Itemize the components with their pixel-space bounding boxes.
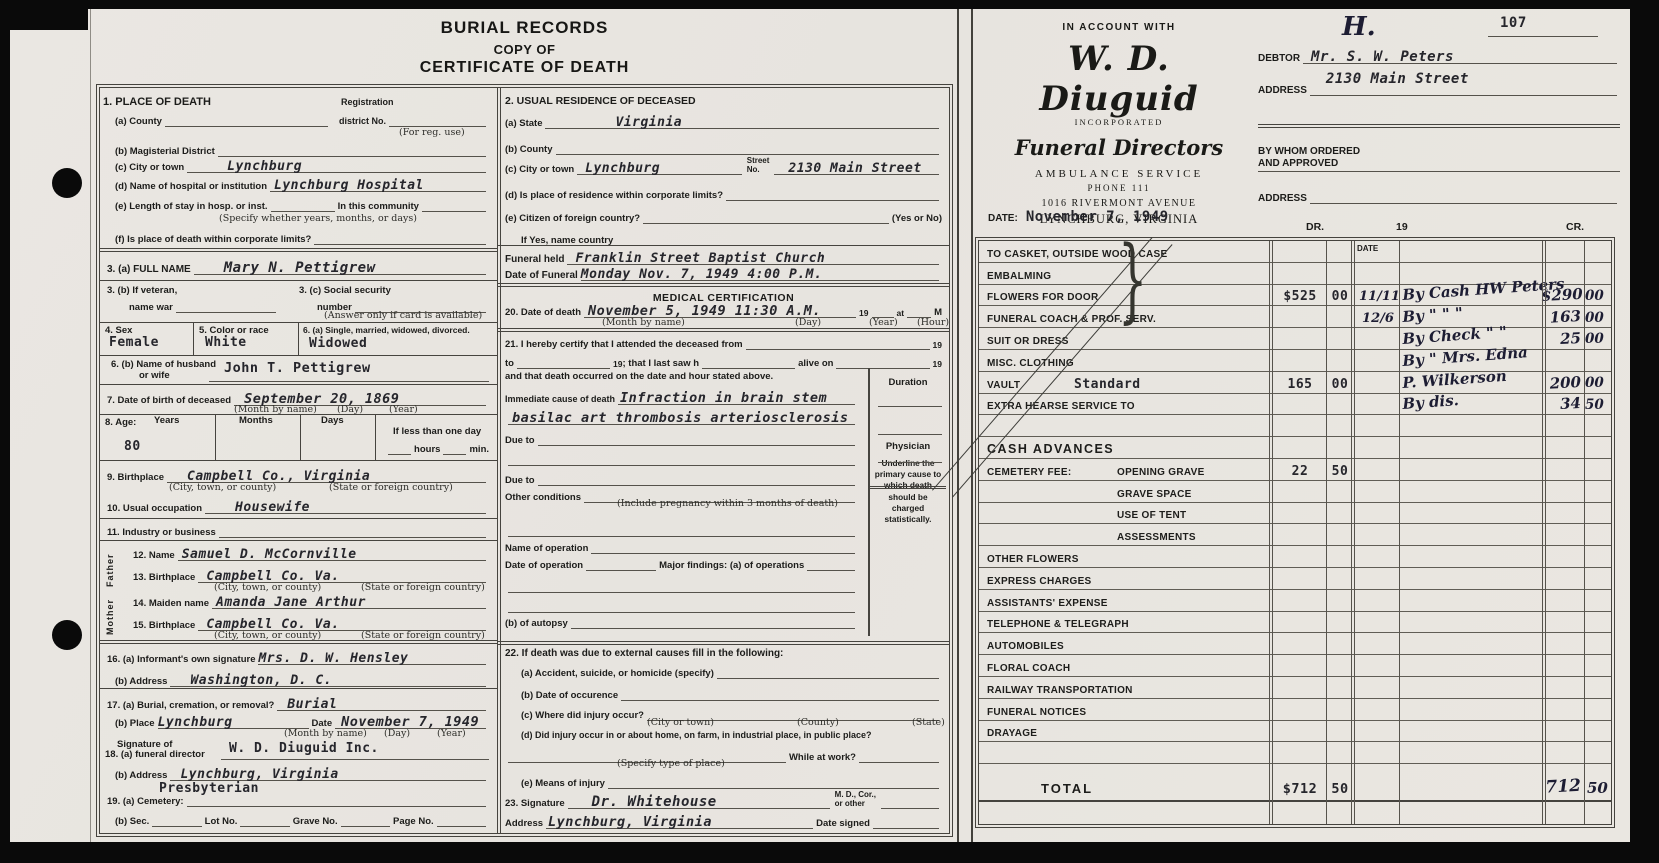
spouse-label-2: or wife — [139, 371, 170, 381]
month-note: (Month by name) — [602, 318, 685, 328]
total-credit-cents: 50 — [1587, 781, 1608, 796]
total-debit-cents: 50 — [1329, 783, 1351, 797]
credit-dollars — [1541, 368, 1581, 370]
date-value: November 7, 1949 — [1026, 210, 1169, 224]
cell-divider — [298, 322, 299, 355]
registration-label: Registration — [341, 98, 394, 108]
ledger-row: TO CASKET, OUTSIDE WOOD CASE — [979, 241, 1611, 263]
street-value: 2130 Main Street — [774, 162, 921, 175]
physician-address-field: Address Lynchburg, Virginia Date signed — [505, 811, 942, 829]
name-war-label: name war — [129, 303, 173, 313]
cell-divider — [193, 322, 194, 355]
section-rule — [497, 283, 950, 287]
debit-dollars: 22 — [1275, 465, 1325, 478]
blank-line — [878, 406, 942, 407]
full-name-field: 3. (a) FULL NAME Mary N. Pettigrew — [107, 254, 489, 275]
city-county-note: (City, town, or county) — [169, 483, 276, 493]
ledger-rows: TO CASKET, OUTSIDE WOOD CASE EMBALMING F… — [979, 241, 1611, 764]
section-rule — [1258, 124, 1620, 128]
credit-dollars — [1541, 499, 1581, 501]
section-rule — [99, 355, 497, 356]
burial-place-value: Lynchburg — [158, 716, 233, 729]
county-field: (b) County — [505, 140, 942, 155]
blank-line: Mrs. D. W. Hensley — [258, 652, 486, 665]
credit-dollars — [1541, 520, 1581, 522]
age-months-header: Months — [239, 416, 273, 426]
due-to-label: Due to — [505, 436, 535, 446]
cemetery-label: 19. (a) Cemetery: — [107, 797, 184, 807]
credit-dollars: 25 — [1541, 331, 1582, 348]
informant-address-field: (b) Address Washington, D. C. — [115, 670, 489, 687]
credit-dollars — [1541, 673, 1581, 675]
attended-from-label: 21. I hereby certify that I attended the… — [505, 340, 743, 350]
length-of-stay-label: (e) Length of stay in hosp. or inst. — [115, 202, 268, 212]
page-edge-line — [90, 9, 91, 842]
district-no-field: district No. — [339, 112, 489, 127]
debit-cents: 00 — [1329, 290, 1351, 303]
ledger-item-label: EXPRESS CHARGES — [987, 576, 1092, 587]
blank-line — [508, 612, 855, 613]
blank-line — [209, 381, 489, 382]
cr-column-header: CR. — [1566, 222, 1584, 234]
blank-line: November 5, 1949 11:30 A.M. — [584, 305, 856, 319]
title-line2: COPY OF — [99, 42, 950, 57]
cents-divider — [1326, 241, 1327, 824]
ledger-item-sublabel: USE OF TENT — [1117, 510, 1186, 521]
section1-heading: 1. PLACE OF DEATH — [103, 96, 211, 108]
payment-date: 11/11 — [1359, 290, 1397, 303]
column-divider — [1351, 241, 1355, 824]
blank-rule-row — [505, 451, 858, 466]
payment-date: 12/6 — [1359, 312, 1397, 325]
full-name-label: 3. (a) FULL NAME — [107, 264, 191, 275]
credit-dollars — [1541, 564, 1581, 566]
page-divider-line — [971, 9, 973, 842]
occurrence-date-field: (b) Date of occurence — [521, 686, 942, 701]
blank-line: Dr. Whitehouse — [568, 795, 830, 809]
ledger-row: FLORAL COACH — [979, 655, 1611, 677]
operation-name-label: Name of operation — [505, 544, 588, 554]
while-at-work-label: While at work? — [789, 753, 856, 763]
debtor-label: DEBTOR — [1258, 53, 1300, 64]
lot-no-label: Lot No. — [205, 817, 238, 827]
cause-of-death-value-2: basilac art thrombosis arteriosclerosis — [508, 412, 848, 426]
blank-rule-row — [505, 578, 858, 593]
ledger-item-label: MISC. CLOTHING — [987, 358, 1074, 369]
blank-line: Lynchburg — [577, 162, 742, 175]
signature-label: 23. Signature — [505, 799, 565, 809]
ledger-item-sublabel: GRAVE SPACE — [1117, 489, 1192, 500]
blank-line — [240, 826, 289, 827]
date-label: DATE: — [988, 213, 1018, 224]
burial-place-date-field: (b) Place Lynchburg Date November 7, 194… — [115, 712, 489, 729]
year-note: (Year) — [869, 318, 898, 328]
cause-of-death-value-1: Infraction in brain stem — [618, 392, 827, 406]
grave-no-label: Grave No. — [293, 817, 338, 827]
blank-line — [341, 826, 390, 827]
cell-divider — [375, 414, 376, 460]
blank-line — [443, 454, 466, 455]
credit-dollars — [1541, 629, 1581, 631]
funeral-directors-label: Funeral Directors — [985, 135, 1253, 160]
marital-label: 6. (a) Single, married, widowed, divorce… — [303, 326, 470, 335]
occupation-value: Housewife — [205, 501, 310, 514]
city-street-field: (c) City or town Lynchburg Street No. 21… — [505, 156, 942, 175]
cell-divider — [215, 414, 216, 460]
blank-line — [314, 244, 486, 245]
mother-label: Mother — [105, 593, 115, 635]
film-edge-right — [1630, 0, 1659, 863]
city-or-town-value: Lynchburg — [187, 160, 302, 173]
age-value: 80 — [124, 440, 141, 453]
state-field: (a) State Virginia — [505, 112, 942, 129]
credit-dollars — [1541, 455, 1581, 457]
operation-date-label: Date of operation — [505, 561, 583, 571]
ledger-page-number: 107 — [1500, 16, 1527, 30]
autopsy-label: (b) of autopsy — [505, 619, 568, 629]
ledger-row: CEMETERY FEE: OPENING GRAVE 22 50 — [979, 459, 1611, 481]
blank-line — [859, 762, 939, 763]
sex-value: Female — [109, 336, 159, 349]
blank-line: Virginia — [545, 116, 939, 129]
foreign-citizen-field: (e) Citizen of foreign country? (Yes or … — [505, 209, 942, 224]
grouping-brace: } — [1118, 234, 1147, 326]
blank-line — [508, 536, 855, 537]
credit-dollars — [1541, 608, 1581, 610]
informant-label: 16. (a) Informant's own signature — [107, 655, 255, 665]
name-war-field: name war — [129, 298, 279, 313]
funeral-director-value: W. D. Diuguid Inc. — [229, 742, 379, 755]
section2-heading: 2. USUAL RESIDENCE OF DECEASED — [505, 96, 696, 108]
mother-name-field: 14. Maiden name Amanda Jane Arthur — [133, 592, 489, 609]
section-rule — [497, 245, 950, 246]
father-name-value: Samuel D. McCornville — [178, 548, 357, 561]
blank-line — [538, 485, 855, 486]
ledger-item-label: EMBALMING — [987, 271, 1051, 282]
payment-description: By " " " — [1402, 306, 1463, 325]
specify-years-note: (Specify whether years, months, or days) — [219, 214, 417, 224]
blank-line — [556, 154, 940, 155]
pregnancy-note: (Include pregnancy within 3 months of de… — [617, 499, 838, 509]
blank-line — [165, 126, 328, 127]
less-than-day-label: If less than one day — [393, 427, 481, 437]
title-line3: CERTIFICATE OF DEATH — [99, 59, 950, 77]
section-rule — [497, 328, 950, 332]
mother-birthplace-field: 15. Birthplace Campbell Co. Va. — [133, 614, 489, 631]
year-column-header: 19 — [1396, 222, 1408, 234]
section-rule — [99, 248, 497, 252]
burial-place-label: (b) Place — [115, 719, 155, 729]
funeral-held-field: Funeral held Franklin Street Baptist Chu… — [505, 248, 942, 265]
informant-value: Mrs. D. W. Hensley — [258, 652, 408, 665]
ordered-address-field: ADDRESS — [1258, 190, 1620, 204]
ledger-row: RAILWAY TRANSPORTATION — [979, 677, 1611, 699]
section-rule — [497, 641, 950, 645]
age-days-header: Days — [321, 416, 344, 426]
county-note: (County) — [797, 718, 839, 728]
blank-line: Infraction in brain stem — [618, 392, 855, 406]
payment-description: P. Wilkerson — [1402, 368, 1507, 390]
name-country-field: If Yes, name country — [521, 231, 942, 246]
funeral-date-value: Monday Nov. 7, 1949 4:00 P.M. — [581, 268, 822, 281]
credit-dollars — [1541, 586, 1581, 588]
ordered-by-label-1: BY WHOM ORDERED — [1258, 146, 1360, 157]
credit-cents: 00 — [1585, 377, 1611, 391]
handwritten-mark: H. — [1342, 14, 1376, 40]
film-edge-top — [0, 0, 1659, 9]
in-account-with-label: IN ACCOUNT WITH — [985, 22, 1253, 33]
sec-label: (b) Sec. — [115, 817, 149, 827]
occurrence-date-label: (b) Date of occurence — [521, 691, 618, 701]
corporate-limits-field: (f) Is place of death within corporate l… — [115, 230, 489, 245]
street-address: 1016 RIVERMONT AVENUE — [985, 198, 1253, 209]
occupation-field: 10. Usual occupation Housewife — [107, 497, 489, 514]
duration-physician-sidebar: Duration Physician Underline the primary… — [868, 368, 946, 636]
to-label: to — [505, 359, 514, 369]
credit-dollars — [1541, 433, 1581, 435]
ledger-row: CASH ADVANCES — [979, 437, 1611, 459]
cents-divider — [1584, 241, 1585, 824]
hours-label: hours — [414, 445, 440, 455]
ledger-item-label: AUTOMOBILES — [987, 641, 1064, 652]
ss-card-note: (Answer only if card is available) — [324, 311, 482, 321]
magisterial-district-field: (b) Magisterial District — [115, 142, 489, 157]
blank-line: Washington, D. C. — [170, 674, 486, 687]
film-edge-left — [0, 0, 10, 863]
full-name-value: Mary N. Pettigrew — [194, 261, 376, 275]
blank-line — [508, 592, 855, 593]
birthplace-label: 9. Birthplace — [107, 473, 164, 483]
ambulance-service-label: AMBULANCE SERVICE — [985, 168, 1253, 180]
credit-dollars: 163 — [1541, 309, 1582, 326]
total-label: TOTAL — [1041, 782, 1093, 796]
blank-line: November 7, 1949 — [335, 716, 486, 730]
city-label: (c) City or town — [505, 165, 574, 175]
funeral-director-label-2: 18. (a) funeral director — [105, 750, 205, 760]
ledger-item-label: FLOWERS FOR DOOR — [987, 292, 1098, 303]
ledger-item-label: RAILWAY TRANSPORTATION — [987, 685, 1133, 696]
section-rule — [99, 688, 497, 689]
informant-address-label: (b) Address — [115, 677, 167, 687]
industry-label: 11. Industry or business — [107, 528, 216, 538]
certificate-middle-column: 2. USUAL RESIDENCE OF DECEASED (a) State… — [497, 90, 950, 834]
blank-line — [878, 434, 942, 435]
year-19-label: 19 — [933, 341, 942, 350]
ledger-item-label: VAULT — [987, 380, 1020, 391]
burial-type-label: 17. (a) Burial, cremation, or removal? — [107, 701, 274, 711]
blank-line: Amanda Jane Arthur — [212, 596, 486, 609]
ledger-row: MISC. CLOTHING By " Mrs. Edna — [979, 350, 1611, 372]
hospital-label: (d) Name of hospital or institution — [115, 182, 267, 192]
social-security-label: 3. (c) Social security — [299, 286, 391, 296]
address-label: ADDRESS — [1258, 193, 1307, 204]
city-value: Lynchburg — [577, 162, 660, 175]
blank-line — [586, 570, 656, 571]
operation-name-field: Name of operation — [505, 539, 858, 554]
column-divider — [1399, 241, 1400, 824]
blank-line — [1258, 171, 1620, 172]
state-note: (State) — [912, 718, 945, 728]
race-value: White — [205, 336, 247, 349]
district-no-label: district No. — [339, 117, 386, 127]
hospital-value: Lynchburg Hospital — [270, 179, 424, 192]
year-note: (Year) — [437, 729, 466, 739]
blank-line — [271, 211, 335, 212]
blank-line — [422, 211, 486, 212]
length-of-stay-field: (e) Length of stay in hosp. or inst. In … — [115, 197, 489, 212]
blank-line — [746, 349, 930, 350]
age-years-header: Years — [154, 416, 179, 426]
blank-line — [152, 826, 201, 827]
blank-line — [591, 553, 855, 554]
blank-line: Mr. S. W. Peters — [1303, 50, 1617, 64]
incorporated-label: INCORPORATED — [985, 117, 1253, 127]
blank-line: Burial — [277, 698, 486, 711]
mother-birthplace-label: 15. Birthplace — [133, 621, 195, 631]
debtor-address-field: ADDRESS 2130 Main Street — [1258, 68, 1620, 96]
state-value: Virginia — [545, 116, 682, 129]
section-rule — [99, 384, 497, 385]
corporate-limits-label: (f) Is place of death within corporate l… — [115, 235, 311, 245]
blank-line: Lynchburg, Virginia — [170, 768, 486, 781]
attended-from-field: 21. I hereby certify that I attended the… — [505, 335, 942, 350]
day-note: (Day) — [384, 729, 410, 739]
physician-instruction: Underline the primary cause to which dea… — [870, 454, 946, 525]
blank-line — [881, 808, 939, 809]
ledger-row: EXPRESS CHARGES — [979, 568, 1611, 590]
industry-field: 11. Industry or business — [107, 523, 489, 538]
operation-date-field: Date of operation Major findings: (a) of… — [505, 556, 858, 571]
cell-divider — [300, 414, 301, 460]
blank-line — [388, 454, 411, 455]
letterhead: IN ACCOUNT WITH W. D. Diuguid INCORPORAT… — [985, 22, 1253, 227]
street-no-label: Street No. — [747, 157, 770, 175]
mother-name-value: Amanda Jane Arthur — [212, 596, 366, 609]
blank-line — [219, 537, 486, 538]
credit-dollars — [1541, 738, 1581, 740]
section-rule — [99, 460, 497, 461]
scanned-burial-record: { "certificate": { "title1": "BURIAL REC… — [0, 0, 1659, 863]
credit-dollars — [1541, 716, 1581, 718]
age-label: 8. Age: — [105, 418, 136, 428]
debtor-value: Mr. S. W. Peters — [1303, 50, 1454, 64]
ledger-row: EXTRA HEARSE SERVICE TO By dis. 34 50 — [979, 394, 1611, 416]
blank-line: Housewife — [205, 501, 486, 514]
certificate-title: BURIAL RECORDS COPY OF CERTIFICATE OF DE… — [99, 18, 950, 77]
director-address-field: (b) Address Lynchburg, Virginia — [115, 764, 489, 781]
injury-location-field: (c) Where did injury occur? — [521, 706, 942, 721]
father-birthplace-label: 13. Birthplace — [133, 573, 195, 583]
blank-rule-row — [505, 522, 858, 537]
cemetery-field: 19. (a) Cemetery: — [107, 792, 489, 807]
ledger-item-label: FUNERAL NOTICES — [987, 707, 1086, 718]
county-label: (a) County — [115, 117, 162, 127]
hole-punch — [52, 168, 82, 198]
blank-line: Samuel D. McCornville — [178, 548, 486, 561]
accident-field: (a) Accident, suicide, or homicide (spec… — [521, 664, 942, 679]
credit-dollars — [1541, 542, 1581, 544]
foreign-citizen-label: (e) Citizen of foreign country? — [505, 214, 640, 224]
blank-line: Lynchburg, Virginia — [546, 816, 813, 830]
hospital-field: (d) Name of hospital or institution Lync… — [115, 175, 489, 192]
informant-address-value: Washington, D. C. — [170, 674, 332, 687]
occupation-label: 10. Usual occupation — [107, 504, 202, 514]
ledger-row: VAULT Standard 165 00 P. Wilkerson 200 0… — [979, 372, 1611, 394]
blank-line — [1310, 203, 1617, 204]
credit-dollars: 200 — [1541, 375, 1582, 392]
section-rule — [99, 280, 497, 281]
death-date-field: 20. Date of death November 5, 1949 11:30… — [505, 299, 942, 318]
ledger-item-sublabel: ASSESSMENTS — [1117, 532, 1196, 543]
blank-line — [702, 368, 795, 369]
page-divider-line — [957, 9, 959, 842]
blank-line — [538, 445, 855, 446]
ordered-by-label-2: AND APPROVED — [1258, 158, 1338, 169]
ledger-row: ASSISTANTS' EXPENSE — [979, 590, 1611, 612]
injury-place-label: (d) Did injury occur in or about home, o… — [521, 731, 872, 741]
duration-label: Duration — [888, 377, 927, 388]
total-debit-dollars: $712 — [1275, 783, 1325, 797]
mother-name-label: 14. Maiden name — [133, 599, 209, 609]
year-19-label: 19 — [859, 309, 868, 318]
company-name: W. D. Diuguid — [985, 39, 1253, 119]
autopsy-field: (b) of autopsy — [505, 614, 858, 629]
film-corner-block — [0, 0, 88, 30]
statement-date: DATE: November 7, 1949 — [988, 210, 1169, 224]
blank-line: Monday Nov. 7, 1949 4:00 P.M. — [581, 268, 939, 281]
ledger-item-label: TELEPHONE & TELEGRAPH — [987, 619, 1129, 630]
due-to-field-2: Due to — [505, 471, 858, 486]
residence-corporate-limits-label: (d) Is place of residence within corpora… — [505, 191, 723, 201]
spouse-label-1: 6. (b) Name of husband — [111, 360, 216, 370]
no-label: No. — [747, 166, 770, 175]
credit-dollars — [1541, 477, 1581, 479]
section-rule — [99, 518, 497, 519]
ledger-item-sublabel: OPENING GRAVE — [1117, 467, 1205, 478]
blank-line: basilac art thrombosis arteriosclerosis — [508, 412, 855, 426]
payment-description: By dis. — [1402, 393, 1459, 412]
blank-line — [726, 200, 939, 201]
blank-line — [643, 223, 889, 224]
blank-line: Lynchburg Hospital — [270, 179, 486, 192]
credit-dollars — [1541, 259, 1581, 261]
debit-dollars: $525 — [1275, 290, 1325, 303]
section-rule — [99, 540, 497, 541]
ledger-row: OTHER FLOWERS — [979, 546, 1611, 568]
section-lot-grave-field: (b) Sec. Lot No. Grave No. Page No. — [115, 812, 489, 827]
column-divider — [1542, 241, 1546, 824]
year-19-label: 19 — [613, 360, 622, 369]
accident-label: (a) Accident, suicide, or homicide (spec… — [521, 669, 714, 679]
last-saw-label: ; that I last saw h — [623, 359, 700, 369]
payment-description: By Check " " — [1402, 325, 1507, 347]
birthplace-field: 9. Birthplace Campbell Co., Virginia — [107, 466, 489, 483]
credit-dollars — [1541, 695, 1581, 697]
father-name-field: 12. Name Samuel D. McCornville — [133, 544, 489, 561]
film-edge-bottom — [0, 842, 1659, 863]
county-field: (a) County — [115, 112, 331, 127]
blank-line — [176, 312, 276, 313]
date-signed-label: Date signed — [816, 819, 870, 829]
address-value: Lynchburg, Virginia — [546, 816, 712, 830]
ledger-total-row: TOTAL $712 50 712 50 — [979, 776, 1611, 802]
ledger-row — [979, 742, 1611, 764]
blank-line — [508, 465, 855, 466]
external-causes-heading: 22. If death was due to external causes … — [505, 648, 783, 659]
physician-label: Physician — [886, 441, 930, 452]
blank-line — [878, 462, 942, 463]
blank-line — [873, 828, 939, 829]
